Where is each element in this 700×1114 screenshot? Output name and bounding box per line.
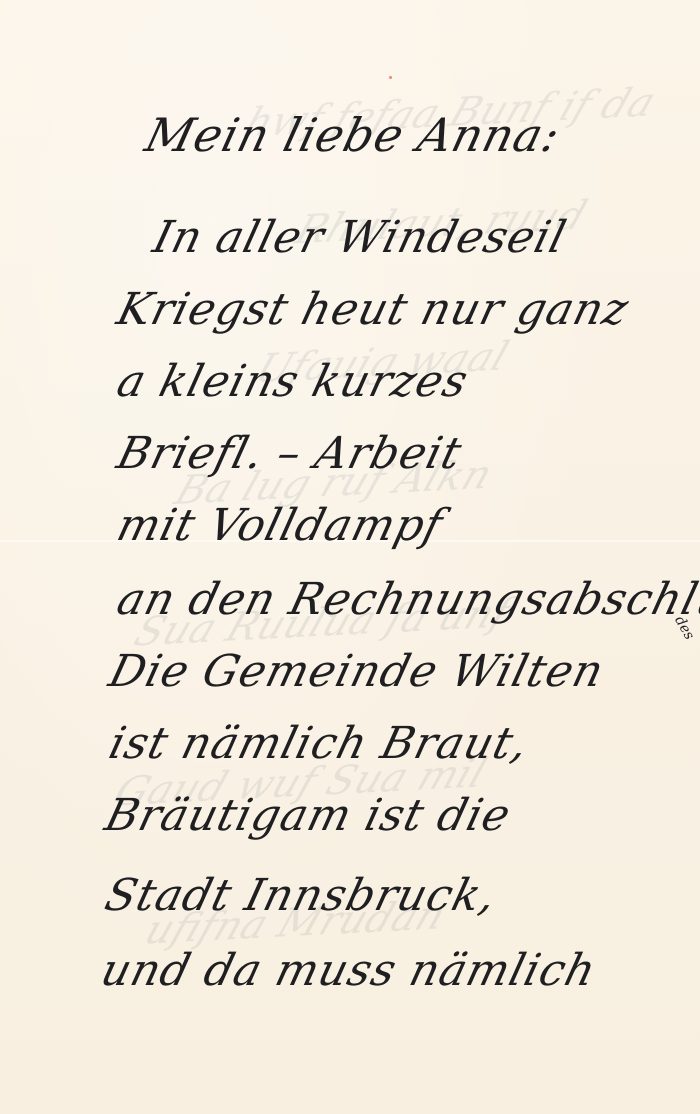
ink-spot (389, 76, 392, 79)
letter-line: und da muss nämlich (96, 945, 602, 996)
letter-line: an den Rechnungsabschluss (112, 574, 700, 625)
letter-line: Stadt Innsbruck, (100, 870, 502, 921)
letter-line: mit Volldampf (112, 500, 448, 551)
letter-line: Bräutigam ist die (100, 790, 516, 841)
letter-line: a kleins kurzes (112, 356, 474, 407)
letter-line: Briefl. – Arbeit (112, 428, 467, 479)
letter-salutation: Mein liebe Anna: (140, 108, 566, 162)
letter-page: hwf fefaa Bunf if da Rhulaut, ruud Ufaui… (0, 0, 700, 1114)
letter-line: ist nämlich Braut, (104, 718, 534, 769)
letter-line: Kriegst heut nur ganz (112, 284, 634, 335)
letter-line: Die Gemeinde Wilten (104, 646, 609, 697)
letter-line: In aller Windeseil (148, 212, 572, 263)
